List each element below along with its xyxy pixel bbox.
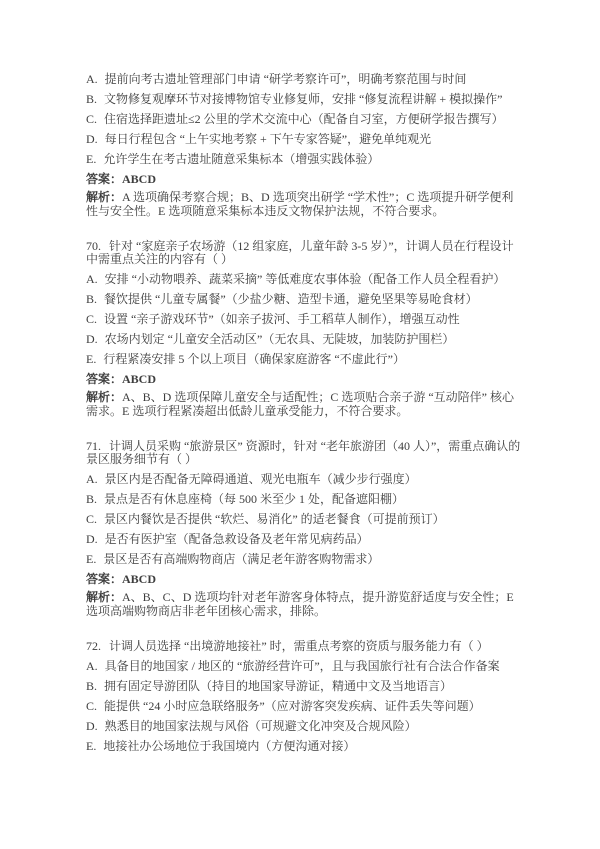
option-label: D. (86, 132, 98, 146)
option-text: 安排 “小动物喂养、蔬菜采摘” 等低难度农事体验（配备工作人员全程看护） (105, 272, 506, 286)
option-label: B. (86, 292, 97, 306)
answer-line: 答案：ABCD (86, 372, 522, 386)
question-stem-text: 针对 “家庭亲子农场游（12 组家庭，儿童年龄 3-5 岁）”，计调人员在行程设… (86, 239, 514, 266)
analysis-text: A 选项确保考察合规；B、D 选项突出研学 “学术性”；C 选项提升研学便利性与… (86, 190, 513, 218)
answer-label: 答案： (86, 372, 122, 386)
option-text: 景区内是否配备无障碍通道、观光电瓶车（减少步行强度） (105, 472, 417, 486)
option-text: 能提供 “24 小时应急联络服务”（应对游客突发疾病、证件丢失等问题） (104, 699, 481, 713)
option-row: E.行程紧凑安排 5 个以上项目（确保家庭游客 “不虚此行”） (86, 352, 522, 366)
option-label: C. (86, 112, 97, 126)
option-label: B. (86, 492, 97, 506)
option-label: C. (86, 699, 97, 713)
option-text: 提前向考古遗址管理部门申请 “研学考察许可”，明确考察范围与时间 (105, 72, 467, 86)
option-row: B.景点是否有休息座椅（每 500 米至少 1 处，配备遮阳棚） (86, 492, 522, 506)
option-label: C. (86, 512, 97, 526)
option-text: 允许学生在考古遗址随意采集标本（增强实践体验） (103, 152, 379, 166)
option-label: E. (86, 152, 96, 166)
option-text: 设置 “亲子游戏环节”（如亲子拔河、手工稻草人制作），增强互动性 (104, 312, 460, 326)
option-text: 景点是否有休息座椅（每 500 米至少 1 处，配备遮阳棚） (104, 492, 404, 506)
option-label: B. (86, 679, 97, 693)
question-block: 72.计调人员选择 “出境游地接社” 时，需重点考察的资质与服务能力有（ ） A… (86, 640, 522, 753)
option-row: A.景区内是否配备无障碍通道、观光电瓶车（减少步行强度） (86, 472, 522, 486)
option-label: A. (86, 472, 98, 486)
option-text: 拥有固定导游团队（持目的地国家导游证，精通中文及当地语言） (104, 679, 452, 693)
option-text: 地接社办公场地位于我国境内（方便沟通对接） (103, 739, 355, 753)
analysis-label: 解析： (86, 390, 122, 404)
option-label: E. (86, 739, 96, 753)
option-label: D. (86, 719, 98, 733)
question-stem-text: 计调人员采购 “旅游景区” 资源时，针对 “老年旅游团（40 人）”，需重点确认… (86, 439, 520, 466)
option-label: E. (86, 352, 96, 366)
option-label: E. (86, 552, 96, 566)
question-number: 71. (86, 439, 101, 453)
exam-document-page: A.提前向考古遗址管理部门申请 “研学考察许可”，明确考察范围与时间 B.文物修… (0, 0, 600, 849)
option-text: 是否有医护室（配备急救设备及老年常见病药品） (105, 532, 369, 546)
option-row: D.是否有医护室（配备急救设备及老年常见病药品） (86, 532, 522, 546)
option-text: 餐饮提供 “儿童专属餐”（少盐少糖、造型卡通，避免坚果等易呛食材） (104, 292, 478, 306)
question-stem: 72.计调人员选择 “出境游地接社” 时，需重点考察的资质与服务能力有（ ） (86, 640, 522, 653)
option-label: D. (86, 332, 98, 346)
question-stem-text: 计调人员选择 “出境游地接社” 时，需重点考察的资质与服务能力有（ ） (109, 639, 489, 653)
question-block: A.提前向考古遗址管理部门申请 “研学考察许可”，明确考察范围与时间 B.文物修… (86, 72, 522, 218)
analysis-text: A、B、D 选项保障儿童安全与适配性；C 选项贴合亲子游 “互动陪伴” 核心需求… (86, 390, 514, 418)
option-label: D. (86, 532, 98, 546)
option-text: 住宿选择距遗址≤2 公里的学术交流中心（配备自习室，方便研学报告撰写） (104, 112, 504, 126)
option-row: E.允许学生在考古遗址随意采集标本（增强实践体验） (86, 152, 522, 166)
answer-value: ABCD (122, 572, 156, 586)
analysis-label: 解析： (86, 190, 122, 204)
option-text: 景区内餐饮是否提供 “软烂、易消化” 的适老餐食（可提前预订） (104, 512, 445, 526)
analysis-paragraph: 解析：A 选项确保考察合规；B、D 选项突出研学 “学术性”；C 选项提升研学便… (86, 190, 522, 218)
question-block: 71.计调人员采购 “旅游景区” 资源时，针对 “老年旅游团（40 人）”，需重… (86, 440, 522, 618)
answer-label: 答案： (86, 572, 122, 586)
option-row: A.提前向考古遗址管理部门申请 “研学考察许可”，明确考察范围与时间 (86, 72, 522, 86)
answer-line: 答案：ABCD (86, 572, 522, 586)
option-row: D.农场内划定 “儿童安全活动区”（无农具、无陡坡，加装防护围栏） (86, 332, 522, 346)
option-row: A.安排 “小动物喂养、蔬菜采摘” 等低难度农事体验（配备工作人员全程看护） (86, 272, 522, 286)
option-row: C.设置 “亲子游戏环节”（如亲子拔河、手工稻草人制作），增强互动性 (86, 312, 522, 326)
analysis-paragraph: 解析：A、B、C、D 选项均针对老年游客身体特点，提升游览舒适度与安全性；E 选… (86, 590, 522, 618)
option-text: 文物修复观摩环节对接博物馆专业修复师，安排 “修复流程讲解 + 模拟操作” (104, 92, 502, 106)
exam-content: A.提前向考古遗址管理部门申请 “研学考察许可”，明确考察范围与时间 B.文物修… (0, 0, 600, 753)
answer-label: 答案： (86, 172, 122, 186)
option-label: A. (86, 659, 98, 673)
option-row: B.拥有固定导游团队（持目的地国家导游证，精通中文及当地语言） (86, 679, 522, 693)
option-text: 农场内划定 “儿童安全活动区”（无农具、无陡坡，加装防护围栏） (105, 332, 455, 346)
question-stem: 70.针对 “家庭亲子农场游（12 组家庭，儿童年龄 3-5 岁）”，计调人员在… (86, 240, 522, 266)
analysis-paragraph: 解析：A、B、D 选项保障儿童安全与适配性；C 选项贴合亲子游 “互动陪伴” 核… (86, 390, 522, 418)
option-text: 行程紧凑安排 5 个以上项目（确保家庭游客 “不虚此行”） (103, 352, 405, 366)
option-row: B.文物修复观摩环节对接博物馆专业修复师，安排 “修复流程讲解 + 模拟操作” (86, 92, 522, 106)
option-label: B. (86, 92, 97, 106)
question-number: 72. (86, 639, 101, 653)
option-row: C.住宿选择距遗址≤2 公里的学术交流中心（配备自习室，方便研学报告撰写） (86, 112, 522, 126)
option-row: D.每日行程包含 “上午实地考察 + 下午专家答疑”，避免单纯观光 (86, 132, 522, 146)
option-row: E.地接社办公场地位于我国境内（方便沟通对接） (86, 739, 522, 753)
option-label: A. (86, 72, 98, 86)
option-row: B.餐饮提供 “儿童专属餐”（少盐少糖、造型卡通，避免坚果等易呛食材） (86, 292, 522, 306)
question-block: 70.针对 “家庭亲子农场游（12 组家庭，儿童年龄 3-5 岁）”，计调人员在… (86, 240, 522, 418)
option-row: C.能提供 “24 小时应急联络服务”（应对游客突发疾病、证件丢失等问题） (86, 699, 522, 713)
answer-line: 答案：ABCD (86, 172, 522, 186)
answer-value: ABCD (122, 372, 156, 386)
option-row: E.景区是否有高端购物商店（满足老年游客购物需求） (86, 552, 522, 566)
question-stem: 71.计调人员采购 “旅游景区” 资源时，针对 “老年旅游团（40 人）”，需重… (86, 440, 522, 466)
option-row: C.景区内餐饮是否提供 “软烂、易消化” 的适老餐食（可提前预订） (86, 512, 522, 526)
option-text: 景区是否有高端购物商店（满足老年游客购物需求） (103, 552, 379, 566)
option-label: C. (86, 312, 97, 326)
option-text: 具备目的地国家 / 地区的 “旅游经营许可”，且与我国旅行社有合法合作备案 (105, 659, 500, 673)
option-row: A.具备目的地国家 / 地区的 “旅游经营许可”，且与我国旅行社有合法合作备案 (86, 659, 522, 673)
question-number: 70. (86, 239, 101, 253)
analysis-label: 解析： (86, 590, 122, 604)
option-label: A. (86, 272, 98, 286)
answer-value: ABCD (122, 172, 156, 186)
option-text: 每日行程包含 “上午实地考察 + 下午专家答疑”，避免单纯观光 (105, 132, 431, 146)
option-row: D.熟悉目的地国家法规与风俗（可规避文化冲突及合规风险） (86, 719, 522, 733)
option-text: 熟悉目的地国家法规与风俗（可规避文化冲突及合规风险） (105, 719, 417, 733)
analysis-text: A、B、C、D 选项均针对老年游客身体特点，提升游览舒适度与安全性；E 选项高端… (86, 590, 514, 618)
